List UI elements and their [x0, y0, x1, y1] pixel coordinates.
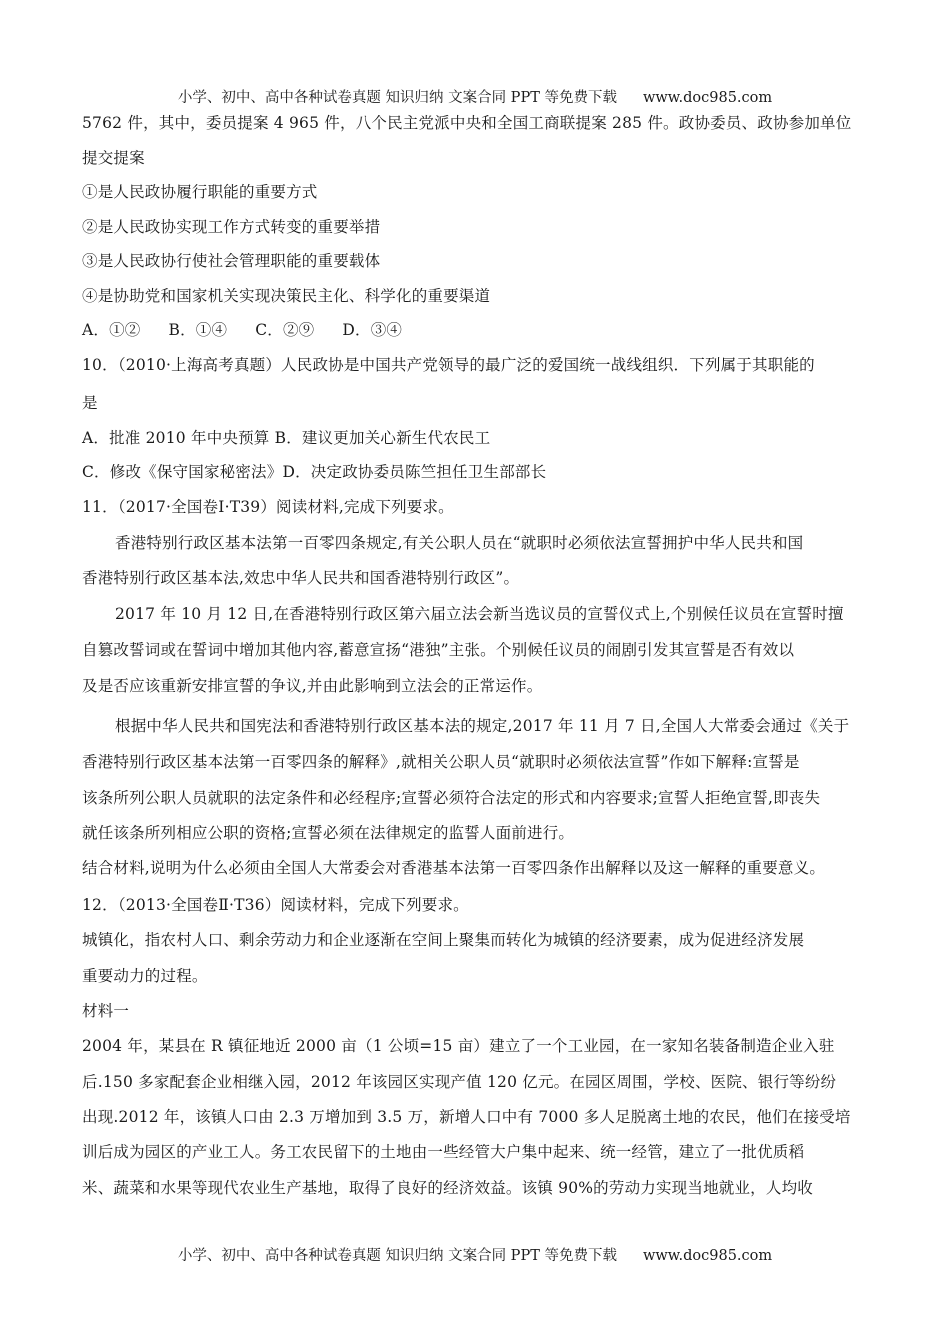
q11-para1-line: 香港特别行政区基本法,效忠中华人民共和国香港特别行政区”。	[82, 568, 519, 588]
q11-para2-line: 2017 年 10 月 12 日,在香港特别行政区第六届立法会新当选议员的宣誓仪…	[115, 604, 844, 624]
q11-para3-line: 香港特别行政区基本法第一百零四条的解释》,就相关公职人员“就职时必须依法宣誓”作…	[82, 752, 800, 772]
q11-stem: 11．（2017·全国卷Ⅰ·T39）阅读材料,完成下列要求。	[82, 497, 454, 517]
q12-intro-line: 城镇化，指农村人口、剩余劳动力和企业逐渐在空间上聚集而转化为城镇的经济要素，成为…	[82, 930, 804, 950]
q11-para3-line: 根据中华人民共和国宪法和香港特别行政区基本法的规定,2017 年 11 月 7 …	[115, 716, 849, 736]
q9-statement: ②是人民政协实现工作方式转变的重要举措	[82, 217, 380, 237]
q11-para2-line: 自篡改誓词或在誓词中增加其他内容,蓄意宣扬“港独”主张。个别候任议员的闹剧引发其…	[82, 640, 794, 660]
q9-stem-line: 5762 件，其中，委员提案 4 965 件，八个民主党派中央和全国工商联提案 …	[82, 113, 851, 133]
q11-question: 结合材料,说明为什么必须由全国人大常委会对香港基本法第一百零四条作出解释以及这一…	[82, 858, 825, 878]
header-text: 小学、初中、高中各种试卷真题 知识归纳 文案合同 PPT 等免费下载	[178, 90, 617, 106]
q9-option-a: A．①②	[82, 320, 141, 340]
q9-stem-line: 提交提案	[82, 148, 145, 168]
q11-para3-line: 就任该条所列相应公职的资格;宣誓必须在法律规定的监誓人面前进行。	[82, 823, 574, 843]
header-site: www.doc985.com	[643, 90, 772, 106]
page-footer: 小学、初中、高中各种试卷真题 知识归纳 文案合同 PPT 等免费下载www.do…	[0, 1246, 950, 1266]
q9-statement: ④是协助党和国家机关实现决策民主化、科学化的重要渠道	[82, 286, 490, 306]
q12-material-line: 后.150 多家配套企业相继入园，2012 年该园区实现产值 120 亿元。在园…	[82, 1072, 836, 1092]
q12-material-line: 出现.2012 年，该镇人口由 2.3 万增加到 3.5 万，新增人口中有 70…	[82, 1107, 851, 1127]
q9-option-c: C．②⑨	[255, 320, 314, 340]
q12-material-line: 训后成为园区的产业工人。务工农民留下的土地由一些经管大户集中起来、统一经管，建立…	[82, 1142, 804, 1162]
q9-statement: ①是人民政协履行职能的重要方式	[82, 182, 318, 202]
q9-options: A．①②B．①④C．②⑨D．③④	[82, 320, 430, 340]
q9-option-d: D．③④	[342, 320, 402, 340]
footer-site: www.doc985.com	[643, 1248, 772, 1264]
q12-material-title: 材料一	[82, 1001, 129, 1021]
q10-options-line: A．批准 2010 年中央预算 B．建议更加关心新生代农民工	[82, 428, 490, 448]
q12-stem: 12．（2013·全国卷Ⅱ·T36）阅读材料，完成下列要求。	[82, 895, 469, 915]
q12-intro-line: 重要动力的过程。	[82, 966, 208, 986]
q9-statement: ③是人民政协行使社会管理职能的重要载体	[82, 251, 380, 271]
q9-option-b: B．①④	[169, 320, 228, 340]
footer-text: 小学、初中、高中各种试卷真题 知识归纳 文案合同 PPT 等免费下载	[178, 1248, 617, 1264]
q11-para3-line: 该条所列公职人员就职的法定条件和必经程序;宣誓必须符合法定的形式和内容要求;宣誓…	[82, 788, 820, 808]
q10-options-line: C．修改《保守国家秘密法》D．决定政协委员陈竺担任卫生部部长	[82, 462, 546, 482]
q11-para1-line: 香港特别行政区基本法第一百零四条规定,有关公职人员在“就职时必须依法宣誓拥护中华…	[115, 533, 803, 553]
q11-para2-line: 及是否应该重新安排宣誓的争议,并由此影响到立法会的正常运作。	[82, 676, 542, 696]
q10-stem-line: 是	[82, 393, 98, 413]
q12-material-line: 2004 年，某县在 R 镇征地近 2000 亩（1 公顷=15 亩）建立了一个…	[82, 1036, 835, 1056]
q12-material-line: 米、蔬菜和水果等现代农业生产基地，取得了良好的经济效益。该镇 90%的劳动力实现…	[82, 1178, 813, 1198]
page-header: 小学、初中、高中各种试卷真题 知识归纳 文案合同 PPT 等免费下载www.do…	[0, 88, 950, 108]
q10-stem-line: 10．（2010·上海高考真题）人民政协是中国共产党领导的最广泛的爱国统一战线组…	[82, 355, 815, 375]
